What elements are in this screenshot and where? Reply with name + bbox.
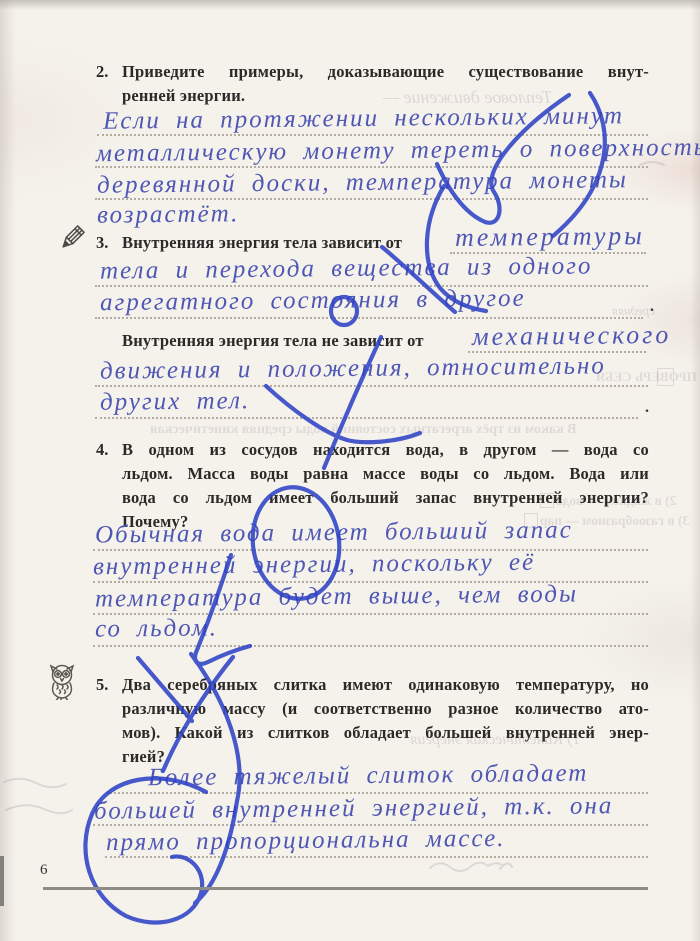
page-number: 6 (40, 862, 48, 879)
answer-4-handwriting: температура будет выше, чем воды (95, 580, 578, 613)
question-5-number: 5. (96, 675, 108, 695)
workbook-page: Тепловое движение — средняя ПРОВЕРЬ СЕБЯ… (0, 0, 700, 941)
question-4-number: 4. (96, 440, 108, 460)
bleedthrough-box (657, 368, 674, 386)
answer-line (95, 416, 638, 419)
answer-line (93, 644, 648, 647)
question-2-text: ренней энергии. (122, 86, 245, 106)
question-3-number: 3. (96, 233, 108, 253)
answer-4-handwriting: со льдом. (95, 614, 218, 643)
blank-end-period: . (650, 298, 654, 316)
answer-3-handwriting: движения и положения, относительно (100, 352, 606, 385)
question-4-text: В одном из сосудов находится вода, в дру… (122, 440, 649, 460)
answer-line (95, 316, 643, 319)
question-2-number: 2. (96, 62, 108, 82)
answer-2-handwriting: деревянной доски, температура монеты (97, 166, 628, 200)
question-4-text: вода со льдом имеет больший запас внутре… (122, 488, 649, 508)
bleedthrough-text: ПРОВЕРЬ СЕБЯ (596, 369, 697, 385)
answer-4-handwriting: Обычная вода имеет больший запас (95, 516, 573, 549)
answer-5-handwriting: большей внутренней энергией, т.к. она (94, 792, 614, 825)
answer-3-handwriting: других тел. (100, 387, 250, 417)
page-bottom-rule (43, 887, 648, 890)
question-3-prompt-2: Внутренняя энергия тела не зависит от (122, 331, 424, 351)
answer-2-handwriting: возрастёт. (97, 200, 240, 229)
question-2-text: Приведите примеры, доказывающие существо… (122, 62, 649, 82)
answer-3-blank-1: температуры (455, 221, 645, 253)
scan-artifact (0, 856, 4, 906)
owl-icon (44, 662, 80, 700)
answer-2-handwriting: металлическую монету тереть о поверхност… (96, 134, 700, 168)
answer-3-handwriting: тела и перехода вещества из одного (100, 252, 593, 285)
question-5-text: различную массу (и соответственно разное… (122, 699, 649, 719)
bleedthrough-text: В каком из трёх агрегатных состояний вод… (150, 422, 577, 438)
answer-3-blank-2: механического (472, 320, 672, 352)
question-3-prompt-1: Внутренняя энергия тела зависит от (122, 233, 402, 253)
question-4-text: льдом. Масса воды равна массе воды со ль… (122, 464, 649, 484)
answer-4-handwriting: внутренней энергии, поскольку её (93, 549, 535, 582)
question-5-text: мов). Какой из слитков обладает большей … (122, 723, 649, 743)
answer-5-handwriting: прямо пропорциональна массе. (106, 825, 506, 857)
answer-2-handwriting: Если на протяжении нескольких минут (103, 102, 624, 135)
answer-5-handwriting: Более тяжелый слиток обладает (148, 760, 589, 793)
pencil-icon (54, 222, 88, 256)
scan-edge-left (0, 0, 16, 941)
blank-end-period: . (645, 399, 649, 417)
answer-3-handwriting: агрегатного состояния в другое (100, 285, 526, 317)
scan-edge-top (0, 0, 700, 10)
question-5-text: Два серебряных слитка имеют одинаковую т… (122, 675, 649, 695)
